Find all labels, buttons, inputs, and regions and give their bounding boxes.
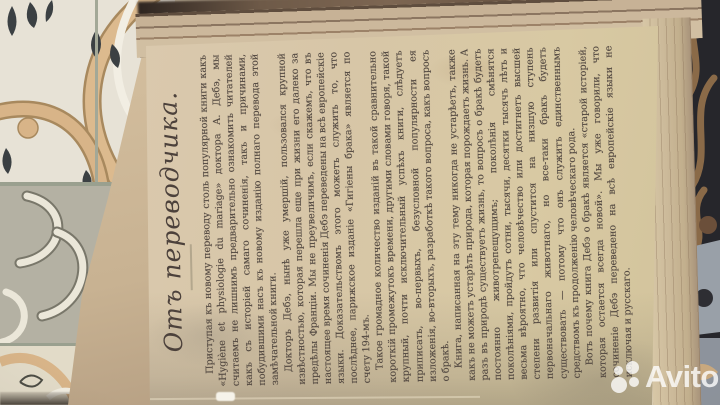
paper-speck [216,392,235,401]
avito-watermark: Avito [611,358,719,396]
watermark-text: Avito [645,358,719,396]
avito-logo-icon [611,358,643,396]
title-divider [190,244,193,290]
logo-circle-large [611,377,627,393]
logo-circle-medium [626,361,639,374]
page-text-rotated: Отъ переводчика. Приступая къ новому пер… [150,45,627,388]
logo-circle-small-2 [629,377,639,387]
paragraph: Вотъ почему книга Дебэ о бракѣ является … [576,45,636,378]
paragraph: Приступая къ новому переводу столь попул… [196,53,282,387]
page-title: Отъ переводчика. [152,55,189,388]
paragraph: Такое громадное количество изданій въ та… [367,49,453,383]
photo-stage: Отъ переводчика. Приступая къ новому пер… [0,0,720,405]
paragraph: Книга, написанная на эту тему никогда не… [445,46,583,381]
paragraph: Докторъ Дебэ, нынѣ уже умершій, пользова… [275,51,374,385]
page-body-text: Приступая къ новому переводу столь попул… [196,45,636,387]
logo-circle-small [614,366,623,375]
